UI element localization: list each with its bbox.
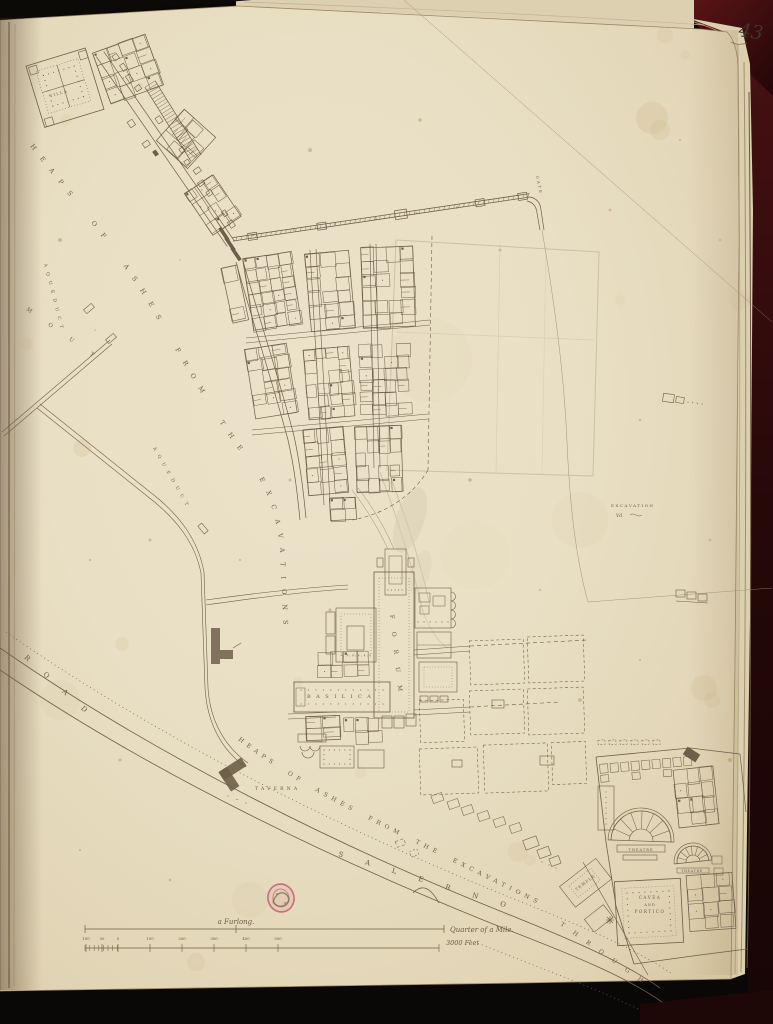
page-number: 43 [736, 19, 764, 45]
scale-quarter-mile-label: Quarter of a Mile. [450, 926, 514, 934]
scale-number: 400 [242, 936, 250, 941]
scale-number: 500 [274, 936, 282, 941]
label-taverna: TAVERNA [255, 786, 300, 792]
label-theatre-large: THEATRE [628, 848, 653, 852]
page-right-shading [688, 30, 738, 975]
scale-furlong-label: a Furlong. [218, 918, 255, 926]
scale-number: 300 [210, 936, 218, 941]
label-portico: PORTICO [635, 909, 666, 914]
label-theatre-small: THEATRE [681, 869, 703, 873]
label-basilica: BASILICA [307, 694, 376, 700]
scanned-book-page: HEAPS OF ASHES FROM THE EXCAVATIONS HEAP… [0, 0, 773, 1024]
scale-number: 100 [82, 936, 90, 941]
label-cavea-and: AND [643, 903, 655, 907]
gutter-shadow [0, 18, 42, 990]
page-paper [0, 6, 739, 991]
label-cavea: CAVEA [639, 895, 662, 900]
scale-number: 200 [178, 936, 186, 941]
scale-number: 50 [100, 936, 105, 941]
scale-feet-label: 3000 Feet [446, 939, 479, 947]
pompeii-map-scan: HEAPS OF ASHES FROM THE EXCAVATIONS HEAP… [0, 0, 773, 1024]
scale-number: 100 [146, 936, 154, 941]
label-excavation-note: Vd. [616, 513, 624, 519]
label-excavation: EXCAVATION [611, 503, 655, 508]
